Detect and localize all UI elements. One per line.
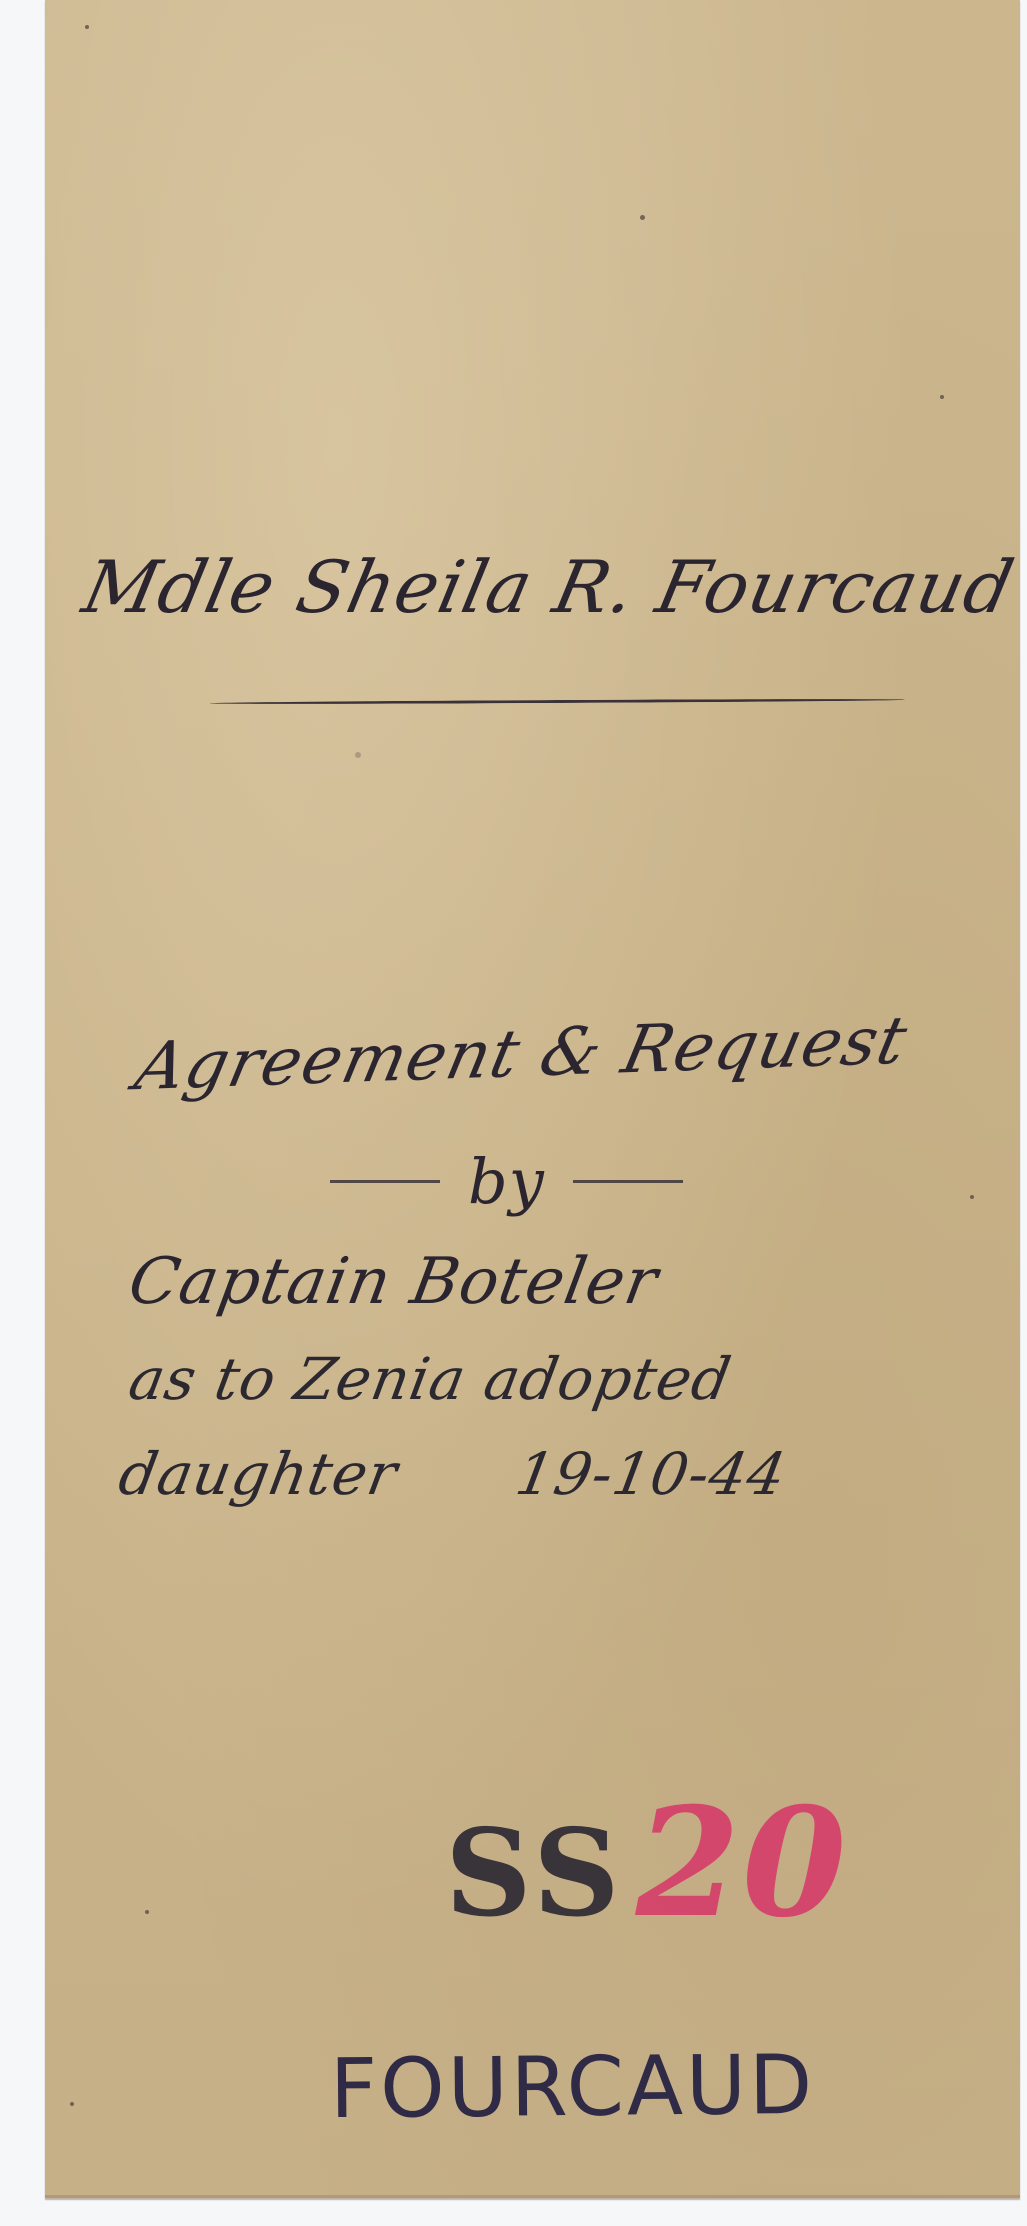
file-number-stamp: SS 20 <box>445 1775 848 1951</box>
stamp-number: 20 <box>636 1775 849 1951</box>
by-text: by <box>468 1145 545 1218</box>
description-line-5: daughter 19-10-44 <box>114 1440 792 1508</box>
paper-speck <box>640 215 645 220</box>
description-line-3: Captain Boteler <box>123 1245 663 1319</box>
scanned-image: Mdle Sheila R. Fourcaud Agreement & Requ… <box>0 0 1027 2226</box>
paper-speck <box>70 2102 74 2106</box>
paper-speck <box>145 1910 149 1914</box>
description-line-4: as to Zenia adopted <box>124 1345 737 1413</box>
addressee-name: Mdle Sheila R. Fourcaud <box>76 545 1021 629</box>
daughter-text: daughter <box>114 1440 403 1508</box>
paper-speck <box>355 752 361 758</box>
dash-left <box>330 1180 440 1183</box>
paper-speck <box>85 25 89 29</box>
surname-label: FOURCAUD <box>330 2038 816 2137</box>
dash-right <box>573 1180 683 1183</box>
paper-speck <box>940 395 944 399</box>
date-text: 19-10-44 <box>511 1440 792 1508</box>
description-line-2: by <box>330 1145 683 1218</box>
stamp-prefix: SS <box>445 1803 624 1944</box>
paper-speck <box>970 1195 974 1199</box>
